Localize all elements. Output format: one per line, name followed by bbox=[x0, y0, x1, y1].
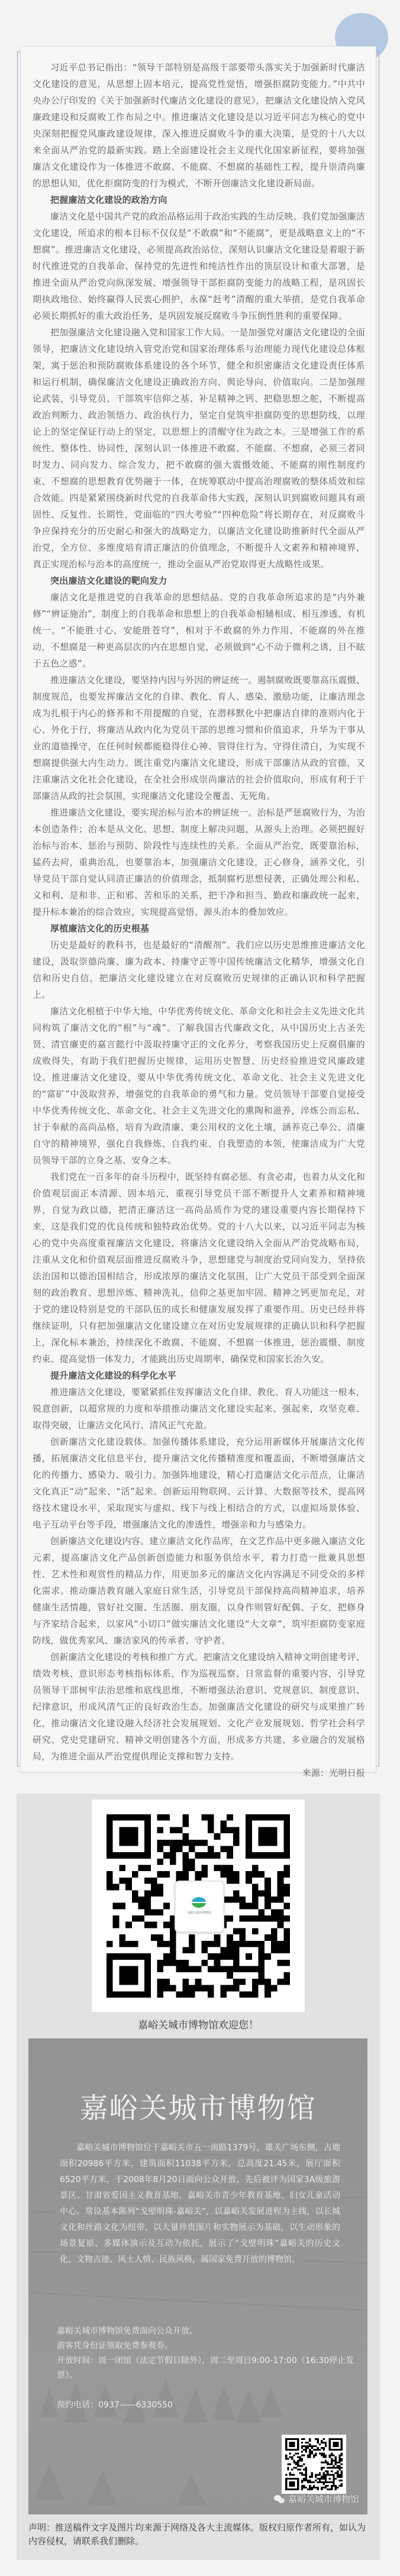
article-paragraph: 创新廉洁文化建设的考核和推广方式。把廉洁文化建设纳入精神文明创建考评、绩效考核、… bbox=[33, 1649, 365, 1765]
article-paragraph: 创新廉洁文化建设载体。加强传播体系建设，充分运用新媒体开展廉洁文化传播，拓展廉洁… bbox=[33, 1433, 365, 1533]
article-paragraph: 廉洁文化是推进党的自我革命的思想结晶。党的自我革命所追求的是“内外兼修”“辨证施… bbox=[33, 589, 365, 672]
museum-title: 嘉峪关城市博物馆 bbox=[28, 2090, 367, 2126]
promo-block: 嘉峪关城市博物馆 嘉峪关城市博物馆欢迎您！ bbox=[17, 1794, 380, 2560]
article-paragraph: 廉洁文化根植于中华大地，中华优秀传统文化、革命文化和社会主义先进文化共同构筑了廉… bbox=[33, 1003, 365, 1169]
article-paragraph: 推进廉洁文化建设，要实现治标与治本的辨证统一。治标是严惩腐败行为，为治本创造条件… bbox=[33, 804, 365, 920]
museum-logo: 嘉峪关城市博物馆 bbox=[175, 1881, 224, 1933]
article-card: 习近平总书记指出：“领导干部特别是高级干部要带头落实关于加强新时代廉洁文化建设的… bbox=[20, 46, 376, 1772]
info-line: 开放时间：周一闭馆（法定节假日除外），周二至周日9:00-17:00（16:30… bbox=[57, 2354, 364, 2383]
section-heading: 把握廉洁文化建设的政治方向 bbox=[33, 192, 365, 208]
qr-code[interactable]: 嘉峪关城市博物馆 bbox=[92, 1800, 305, 2012]
article-paragraph: 把加强廉洁文化建设融入党和国家工作大局。一是加强党对廉洁文化建设的全面领导，把廉… bbox=[33, 324, 365, 572]
article-paragraph: 历史是最好的教科书，也是最好的“清醒剂”。我们应以历史思维推进廉洁文化建设，汲取… bbox=[33, 937, 365, 1003]
wechat-watermark: 嘉峪关城市博物馆 bbox=[274, 2493, 359, 2505]
qr-logo-caption: 嘉峪关城市博物馆 bbox=[180, 1911, 218, 1915]
museum-emblem-icon bbox=[192, 1897, 206, 1908]
article-paragraph: 我们党在一百多年的奋斗历程中，既坚持有腐必惩、有贪必肃，也着力从文化和价值观层面… bbox=[33, 1169, 365, 1367]
mini-qr-pattern bbox=[285, 2438, 343, 2490]
museum-poster-image: 嘉峪关城市博物馆 嘉峪关城市博物馆位于嘉峪关市五一南路1379号，雄关广场东侧，… bbox=[28, 2038, 367, 2514]
museum-visitor-info: 嘉峪关城市博物馆免费面向公众开放。 游客凭身份证领取免费参观券。 开放时间：周一… bbox=[57, 2324, 364, 2383]
section-heading: 突出廉洁文化建设的靶向发力 bbox=[33, 572, 365, 589]
info-line: 嘉峪关城市博物馆免费面向公众开放。 bbox=[57, 2324, 364, 2339]
article-paragraph: 推进廉洁文化建设，要坚持内因与外因的辨证统一。遏制腐败既要靠高压震慑、制度规范，… bbox=[33, 672, 365, 804]
article-paragraph: 习近平总书记指出：“领导干部特别是高级干部要带头落实关于加强新时代廉洁文化建设的… bbox=[33, 59, 365, 192]
article-paragraph: 创新廉洁文化建设内容。建立廉洁文化作品库，在文艺作品中更多融入廉洁文化元素，提高… bbox=[33, 1533, 365, 1649]
wechat-icon bbox=[274, 2494, 286, 2504]
article-body: 习近平总书记指出：“领导干部特别是高级干部要带头落实关于加强新时代廉洁文化建设的… bbox=[33, 59, 365, 1781]
article-paragraph: 推进廉洁文化建设，要紧紧抓住发挥廉洁文化自律、教化、育人功能这一根本，锐意创新，… bbox=[33, 1384, 365, 1433]
watermark-text: 嘉峪关城市博物馆 bbox=[288, 2493, 359, 2505]
info-line: 游客凭身份证领取免费参观券。 bbox=[57, 2339, 364, 2354]
section-heading: 厚植廉洁文化的历史根基 bbox=[33, 920, 365, 937]
article-paragraph: 廉洁文化是中国共产党的政治品格运用于政治实践的生动反映。我们党加强廉洁文化建设，… bbox=[33, 208, 365, 324]
mini-qr-code[interactable] bbox=[282, 2435, 346, 2494]
museum-description: 嘉峪关城市博物馆位于嘉峪关市五一南路1379号，雄关广场东侧，占地面积20986… bbox=[60, 2140, 340, 2268]
article-source: 来源：光明日报 bbox=[33, 1765, 365, 1781]
museum-phone: 预约电话：0937——6330550 bbox=[57, 2398, 173, 2413]
disclaimer: 声明：推送稿件文字及图片均来源于网络及各大主流媒体。版权归原作者所有，如认为内容… bbox=[28, 2521, 368, 2548]
welcome-text: 嘉峪关城市博物馆欢迎您！ bbox=[17, 2019, 380, 2032]
section-heading: 提升廉洁文化建设的科学化水平 bbox=[33, 1367, 365, 1384]
